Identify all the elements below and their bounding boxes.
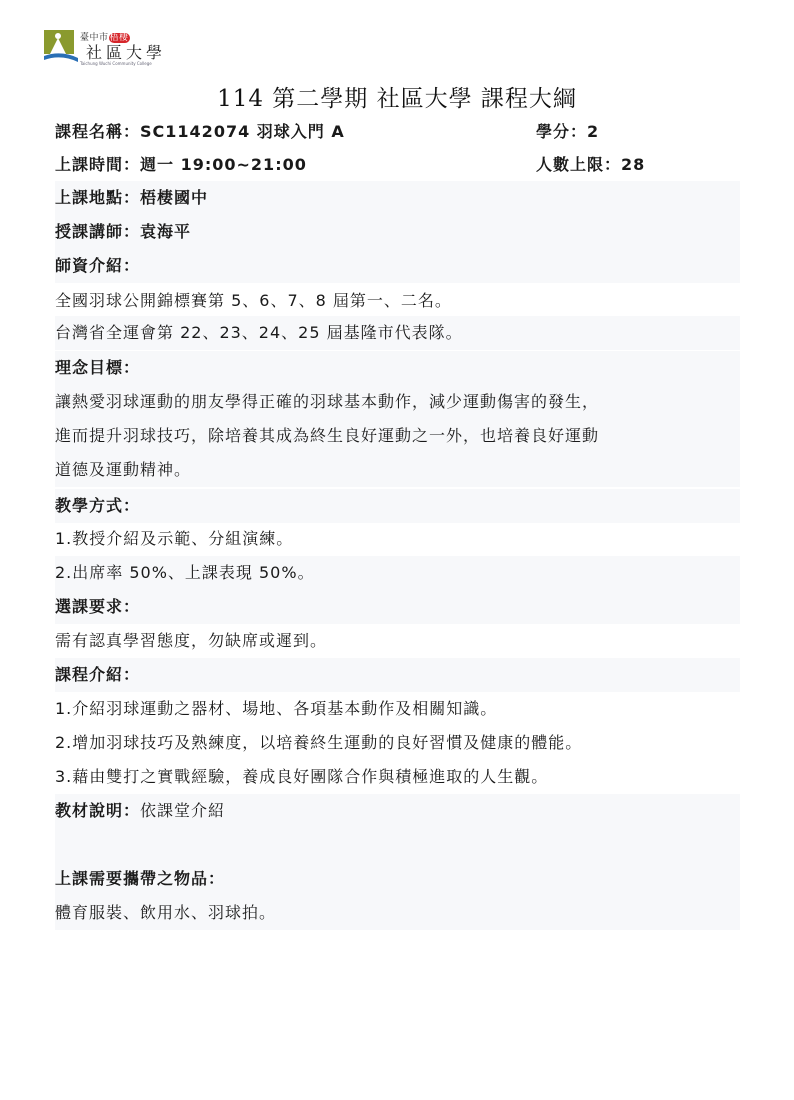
requirements-heading: 選課要求： — [55, 590, 740, 624]
teaching-method-line: 2.出席率 50%、上課表現 50%。 — [55, 556, 740, 590]
capacity-label: 人數上限： — [536, 155, 621, 174]
philosophy-heading: 理念目標： — [55, 351, 740, 385]
course-name-value: SC1142074 羽球入門 A — [140, 122, 345, 141]
logo-emblem-icon — [44, 28, 78, 64]
logo-org-name: 社區大學 — [86, 40, 166, 63]
time-row: 上課時間：週一 19:00~21:00 人數上限：28 — [55, 148, 740, 182]
philosophy-line: 讓熱愛羽球運動的朋友學得正確的羽球基本動作，減少運動傷害的發生， — [55, 385, 740, 419]
items-heading: 上課需要攜帶之物品： — [55, 862, 740, 896]
location-label: 上課地點： — [55, 188, 140, 207]
capacity-field: 人數上限：28 — [536, 148, 645, 182]
teacher-label: 授課講師： — [55, 222, 140, 241]
credits-field: 學分：2 — [536, 115, 599, 149]
credits-label: 學分： — [536, 122, 587, 141]
materials-row: 教材說明：依課堂介紹 — [55, 794, 740, 862]
teaching-method-line: 1.教授介紹及示範、分組演練。 — [55, 522, 740, 556]
teaching-method-heading: 教學方式： — [55, 489, 740, 523]
credits-value: 2 — [587, 122, 599, 141]
philosophy-line: 進而提升羽球技巧，除培養其成為終生良好運動之一外，也培養良好運動 — [55, 419, 740, 453]
requirements-line: 需有認真學習態度，勿缺席或遲到。 — [55, 624, 740, 658]
philosophy-line: 道德及運動精神。 — [55, 453, 740, 487]
course-intro-line: 2.增加羽球技巧及熟練度，以培養終生運動的良好習慣及健康的體能。 — [55, 726, 740, 760]
page-title: 114 第二學期 社區大學 課程大綱 — [0, 80, 794, 113]
items-line: 體育服裝、飲用水、羽球拍。 — [55, 896, 740, 930]
teacher-bio-line: 台灣省全運會第 22、23、24、25 屆基隆市代表隊。 — [55, 316, 740, 350]
course-name-row: 課程名稱：SC1142074 羽球入門 A 學分：2 — [55, 115, 740, 149]
teacher-value: 袁海平 — [140, 222, 191, 241]
college-logo: 臺中市梧棲 社區大學 Taichung Wuchi Community Coll… — [44, 28, 174, 68]
logo-english-name: Taichung Wuchi Community College — [80, 61, 152, 66]
teacher-bio-line: 全國羽球公開錦標賽第 5、6、7、8 屆第一、二名。 — [55, 284, 740, 318]
course-intro-line: 1.介紹羽球運動之器材、場地、各項基本動作及相關知識。 — [55, 692, 740, 726]
location-value: 梧棲國中 — [140, 188, 208, 207]
materials-value: 依課堂介紹 — [140, 801, 225, 820]
course-intro-line: 3.藉由雙打之實戰經驗，養成良好團隊合作與積極進取的人生觀。 — [55, 760, 740, 794]
teacher-bio-heading: 師資介紹： — [55, 249, 740, 283]
location-row: 上課地點：梧棲國中 — [55, 181, 740, 215]
time-label: 上課時間： — [55, 155, 140, 174]
teacher-row: 授課講師：袁海平 — [55, 215, 740, 249]
course-name-label: 課程名稱： — [55, 122, 140, 141]
materials-label: 教材說明： — [55, 801, 140, 820]
capacity-value: 28 — [621, 155, 645, 174]
time-value: 週一 19:00~21:00 — [140, 155, 307, 174]
course-intro-heading: 課程介紹： — [55, 658, 740, 692]
